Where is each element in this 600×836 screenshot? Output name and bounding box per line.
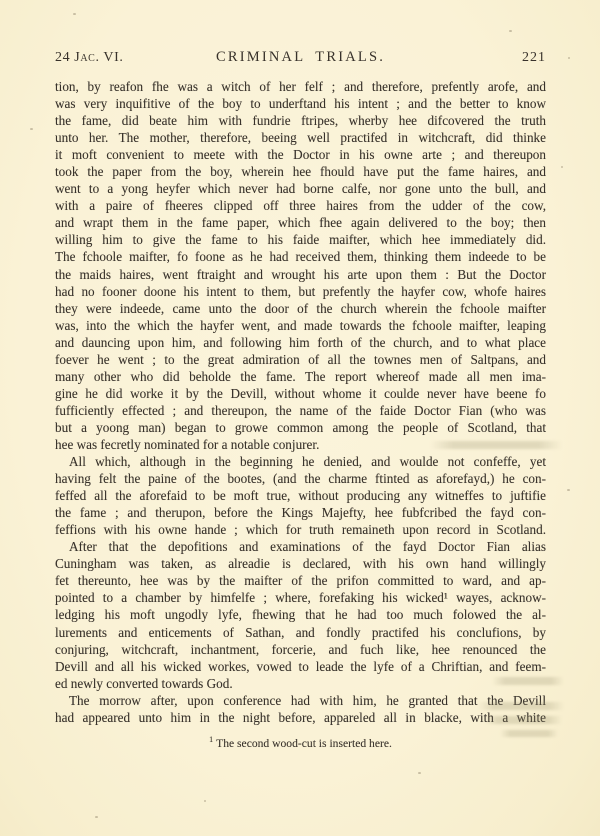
text-line: the fame, did beate him with fundrie ftr…	[55, 112, 546, 129]
text-line: tion, by reafon fhe was a witch of her f…	[55, 78, 546, 95]
body-text: tion, by reafon fhe was a witch of her f…	[55, 78, 546, 726]
scan-speck	[30, 128, 33, 130]
text-line: many other who did beholde the fame. The…	[55, 368, 546, 385]
text-line: it moft convenient to meete with the Doc…	[55, 146, 546, 163]
text-line: went to a yong heyfer which never had bo…	[55, 180, 546, 197]
text-line: All which, although in the beginning he …	[55, 453, 546, 470]
text-line: Devill and all his wicked workes, vowed …	[55, 658, 546, 675]
scan-speck	[73, 13, 76, 15]
scan-speck	[568, 57, 570, 59]
paragraph: The morrow after, upon conference had wi…	[55, 692, 546, 726]
text-line: The fchoole maifter, fo foone as he had …	[55, 248, 546, 265]
text-line: they were indeede, came unto the door of…	[55, 300, 546, 317]
text-line: with a paire of fheeres clipped off thre…	[55, 197, 546, 214]
text-line: pointed to a chamber by himfelfe ; where…	[55, 589, 546, 606]
text-line: gine he did worke it by the Devill, with…	[55, 385, 546, 402]
book-page: 24 Jac. VI. CRIMINAL TRIALS. 221 tion, b…	[0, 0, 600, 836]
scan-speck	[509, 30, 512, 32]
text-line: the maids haires, went ftraight and wrou…	[55, 266, 546, 283]
text-line: and wrapt them in the fame paper, which …	[55, 214, 546, 231]
text-line: conjuring, witchcraft, inchantment, forc…	[55, 641, 546, 658]
text-line: The morrow after, upon conference had wi…	[55, 692, 546, 709]
paragraph: After that the depofitions and examinati…	[55, 538, 546, 691]
text-line: foever he went ; to the great admiration…	[55, 351, 546, 368]
text-line: having felt the paine of the bootes, (an…	[55, 470, 546, 487]
paragraph: All which, although in the beginning he …	[55, 453, 546, 538]
text-line: Cuningham was taken, as alreadie is decl…	[55, 555, 546, 572]
text-line: was very inquifitive of the boy to under…	[55, 95, 546, 112]
footnote-marker: 1	[209, 735, 213, 744]
footnote-text: The second wood-cut is inserted here.	[216, 737, 392, 750]
running-header: 24 Jac. VI. CRIMINAL TRIALS. 221	[55, 50, 546, 68]
scan-speck	[567, 489, 570, 491]
page-number: 221	[522, 50, 546, 66]
text-line: willing him to give the fame to his faid…	[55, 231, 546, 248]
text-line: and dauncing upon him, and following him…	[55, 334, 546, 351]
scan-speck	[204, 800, 206, 802]
text-line: ed newly converted towards God.	[55, 675, 546, 692]
footnote: 1The second wood-cut is inserted here.	[55, 736, 546, 751]
paragraph: tion, by reafon fhe was a witch of her f…	[55, 78, 546, 453]
text-line: had appeared unto him in the night befor…	[55, 709, 546, 726]
text-line: After that the depofitions and examinati…	[55, 538, 546, 555]
text-line: fet thereunto, hee was by the maifter of…	[55, 572, 546, 589]
text-line: feffed all the aforefaid to be moft true…	[55, 487, 546, 504]
text-line: hee was fecretly nominated for a notable…	[55, 436, 546, 453]
scan-speck	[418, 772, 421, 774]
running-head-title: CRIMINAL TRIALS.	[55, 49, 546, 66]
text-line: took the paper from the boy, wherein hee…	[55, 163, 546, 180]
text-line: lurements and enticements of Sathan, and…	[55, 624, 546, 641]
text-line: the fame ; and therupon, before the King…	[55, 504, 546, 521]
text-line: was, into the which the hayfer went, and…	[55, 317, 546, 334]
text-line: unto her. The mother, therefore, beeing …	[55, 129, 546, 146]
text-line: fufficiently effected ; and thereupon, t…	[55, 402, 546, 419]
text-line: ledging his moft ungodly lyfe, fhewing t…	[55, 606, 546, 623]
scan-speck	[95, 816, 98, 818]
text-line: but a yoong man) began to growe common a…	[55, 419, 546, 436]
text-line: had no fooner doone his intent to them, …	[55, 283, 546, 300]
scan-speck	[561, 166, 563, 168]
text-line: feffions with his owne hande ; which for…	[55, 521, 546, 538]
